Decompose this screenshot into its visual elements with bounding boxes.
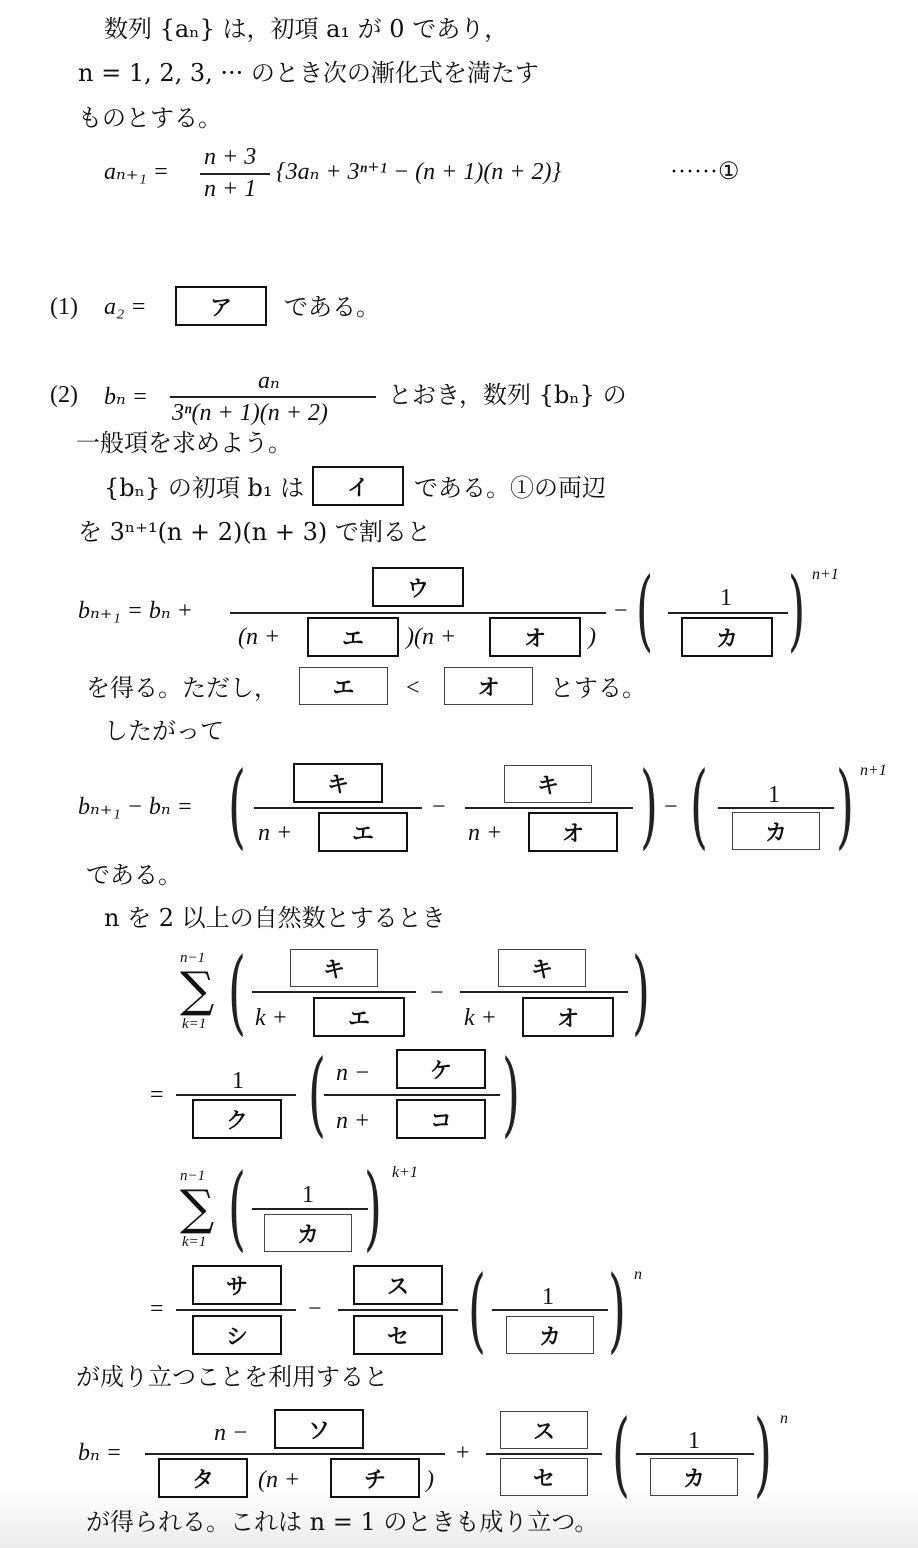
answer-box-se[interactable]: セ — [353, 1315, 443, 1355]
n-plus: n + — [468, 818, 502, 848]
answer-box-e[interactable]: エ — [307, 617, 399, 657]
exponent-k-plus-1: k+1 — [392, 1158, 418, 1188]
answer-box-sa[interactable]: サ — [192, 1265, 282, 1305]
use-line: が成り立つことを利用すると — [76, 1362, 388, 1392]
left-paren: ( — [690, 760, 708, 852]
bn-def-num: aₙ — [258, 366, 280, 396]
fraction-bar — [338, 1309, 458, 1311]
fraction-bar — [324, 1094, 500, 1096]
one-numerator: 1 — [688, 1426, 700, 1456]
equals-sign: = — [150, 1080, 164, 1110]
exponent-n: n — [634, 1260, 642, 1290]
sum-lower-limit: k=1 — [182, 1016, 206, 1033]
rec-den-open: (n + — [238, 622, 280, 652]
n-minus: n − — [214, 1418, 248, 1448]
part1-lhs: a₂ = — [104, 292, 147, 322]
equals-sign: = — [150, 1294, 164, 1324]
answer-box-i[interactable]: イ — [312, 466, 404, 506]
answer-box-ka[interactable]: カ — [650, 1458, 738, 1496]
right-paren: ) — [632, 946, 650, 1038]
equation-ref-1: ······① — [670, 157, 739, 187]
one-numerator: 1 — [232, 1066, 244, 1096]
answer-box-e[interactable]: エ — [318, 812, 408, 852]
answer-box-su[interactable]: ス — [500, 1411, 588, 1449]
left-paren: ( — [468, 1264, 486, 1356]
answer-box-chi[interactable]: チ — [330, 1458, 420, 1498]
rec-den-close: ) — [588, 622, 596, 652]
answer-box-ke[interactable]: ケ — [396, 1049, 486, 1089]
fraction-bar — [145, 1453, 445, 1455]
bn-def-tail: とおき，数列 {bₙ} の — [388, 380, 627, 410]
final-line: が得られる。これは n = 1 のときも成り立つ。 — [86, 1507, 598, 1537]
answer-box-ki[interactable]: キ — [504, 765, 592, 803]
exponent-n: n — [780, 1404, 788, 1434]
initial-term-pre: {bₙ} の初項 b₁ は — [104, 473, 304, 503]
left-paren: ( — [228, 760, 246, 852]
less-than: < — [406, 673, 420, 703]
left-paren: ( — [228, 946, 246, 1038]
answer-box-o[interactable]: オ — [489, 617, 581, 657]
minus-sign: − — [614, 596, 628, 626]
answer-box-so[interactable]: ソ — [274, 1409, 364, 1449]
answer-box-ta[interactable]: タ — [158, 1458, 248, 1498]
answer-box-shi[interactable]: シ — [192, 1315, 282, 1355]
fraction-bar — [465, 807, 633, 809]
fraction-bar — [176, 1094, 296, 1096]
fraction-bar — [486, 1453, 602, 1455]
fraction-bar — [252, 991, 416, 993]
general-term-line: 一般項を求めよう。 — [76, 428, 292, 458]
left-paren: ( — [636, 566, 653, 654]
minus-sign: − — [432, 792, 446, 822]
bn-lhs: bₙ = — [78, 1438, 122, 1468]
right-paren: ) — [608, 1264, 626, 1356]
sum-lower-limit: k=1 — [182, 1234, 206, 1251]
therefore-line: したがって — [104, 716, 224, 746]
cond-post: とする。 — [550, 673, 646, 703]
intro-line-1: 数列 {aₙ} は，初項 a₁ が 0 であり， — [104, 14, 508, 44]
answer-box-ki[interactable]: キ — [290, 949, 378, 987]
answer-box-se[interactable]: セ — [500, 1458, 588, 1496]
right-paren: ) — [836, 760, 854, 852]
recurrence-frac-num: n + 3 — [204, 142, 256, 172]
minus-sign: − — [430, 978, 444, 1008]
one-numerator: 1 — [542, 1282, 554, 1312]
right-paren: ) — [640, 760, 658, 852]
rec-den-mid: )(n + — [406, 622, 456, 652]
intro-line-2: n = 1, 2, 3, ··· のとき次の漸化式を満たす — [78, 58, 539, 88]
fraction-bar — [254, 807, 422, 809]
part1-tail: である。 — [284, 292, 380, 322]
fraction-bar — [176, 1309, 296, 1311]
n-ge-2-line: n を 2 以上の自然数とするとき — [104, 903, 446, 933]
answer-box-o[interactable]: オ — [522, 997, 614, 1037]
n-plus: n + — [336, 1106, 370, 1136]
divide-line: を 3ⁿ⁺¹(n + 2)(n + 3) で割ると — [78, 517, 431, 547]
n-plus-open: (n + — [258, 1465, 300, 1495]
one-numerator: 1 — [720, 583, 732, 613]
recurrence-frac-den: n + 1 — [204, 174, 256, 204]
answer-box-ki[interactable]: キ — [293, 763, 383, 803]
part2-label: (2) — [50, 380, 78, 410]
rec-lhs: bₙ₊₁ = bₙ + — [78, 596, 193, 626]
answer-box-su[interactable]: ス — [353, 1265, 443, 1305]
right-paren: ) — [788, 566, 805, 654]
fraction-bar — [668, 612, 788, 614]
fraction-bar — [718, 807, 834, 809]
fraction-bar — [230, 612, 606, 614]
bn-def-den: 3ⁿ(n + 1)(n + 2) — [172, 398, 328, 428]
diff-lhs: bₙ₊₁ − bₙ = — [78, 792, 193, 822]
fraction-bar — [636, 1453, 754, 1455]
left-paren: ( — [612, 1408, 630, 1500]
answer-box-ko[interactable]: コ — [396, 1099, 486, 1139]
answer-box-a[interactable]: ア — [175, 286, 267, 326]
answer-box-ka[interactable]: カ — [681, 617, 773, 657]
answer-box-o-ref[interactable]: オ — [444, 667, 533, 705]
fraction-bar — [492, 1309, 608, 1311]
answer-box-ka[interactable]: カ — [506, 1316, 594, 1354]
left-paren: ( — [228, 1162, 246, 1254]
plus-sign: + — [456, 1438, 470, 1468]
one-numerator: 1 — [768, 780, 780, 810]
answer-box-o[interactable]: オ — [528, 812, 618, 852]
n-plus: n + — [266, 1467, 300, 1493]
answer-box-ki[interactable]: キ — [498, 949, 586, 987]
one-numerator: 1 — [302, 1180, 314, 1210]
sigma-symbol: ∑ — [180, 1184, 214, 1232]
answer-box-ka[interactable]: カ — [732, 812, 820, 850]
answer-box-ku[interactable]: ク — [192, 1099, 282, 1139]
right-paren: ) — [754, 1408, 772, 1500]
n-plus: n + — [258, 818, 292, 848]
recurrence-lhs: aₙ₊₁ = — [104, 157, 169, 187]
answer-box-u[interactable]: ウ — [372, 567, 464, 607]
answer-box-e-ref[interactable]: エ — [299, 667, 388, 705]
fraction-bar — [460, 991, 628, 993]
answer-box-ka[interactable]: カ — [264, 1214, 352, 1252]
exponent-n-plus-1: n+1 — [812, 560, 839, 590]
minus-sign: − — [664, 792, 678, 822]
k-plus: k + — [464, 1003, 497, 1033]
obtain-pre: を得る。ただし， — [86, 673, 278, 703]
intro-line-3: ものとする。 — [78, 103, 222, 133]
right-paren: ) — [364, 1162, 382, 1254]
k-plus: k + — [255, 1003, 288, 1033]
right-paren: ) — [502, 1048, 520, 1140]
minus-sign: − — [308, 1294, 322, 1324]
dearu-line: である。 — [86, 860, 182, 890]
part1-label: (1) — [50, 292, 78, 322]
initial-term-post: である。①の両辺 — [414, 473, 606, 503]
answer-box-e[interactable]: エ — [313, 997, 405, 1037]
exponent-n-plus-1: n+1 — [860, 756, 887, 786]
n-minus: n − — [336, 1058, 370, 1088]
bn-def-lhs: bₙ = — [104, 382, 148, 412]
fraction-bar — [252, 1208, 368, 1210]
recurrence-body: {3aₙ + 3ⁿ⁺¹ − (n + 1)(n + 2)} — [276, 157, 561, 187]
close-paren: ) — [426, 1465, 434, 1495]
sigma-symbol: ∑ — [180, 966, 214, 1014]
